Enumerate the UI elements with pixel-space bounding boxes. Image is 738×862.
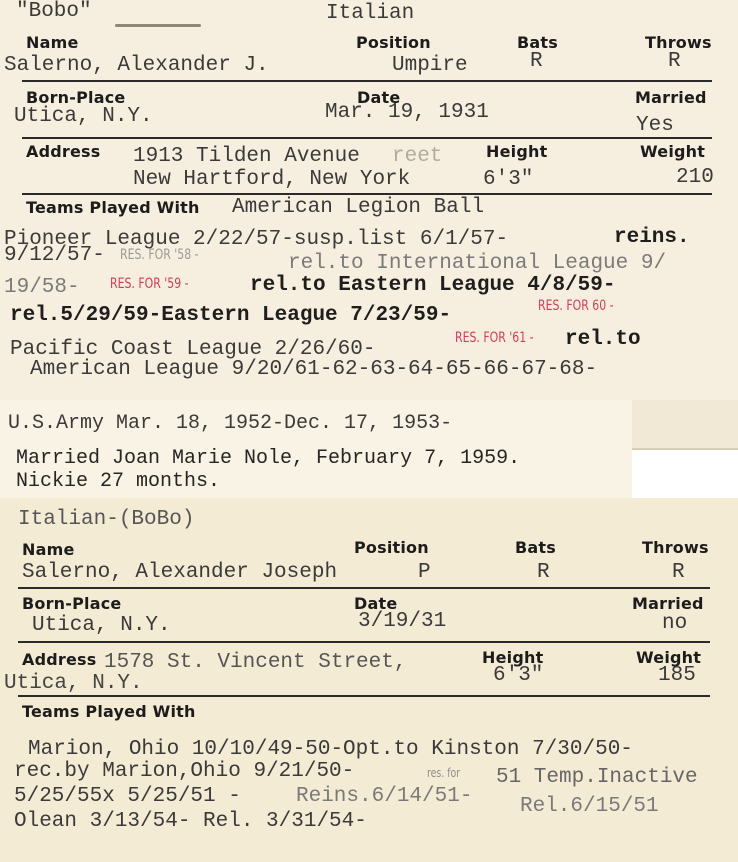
value-date: Mar. 19, 1931 [325, 101, 489, 124]
value-height: 6'3" [493, 664, 543, 687]
value-position: P [418, 561, 431, 584]
history-line: rec.by Marion,Ohio 9/21/50- [14, 760, 354, 783]
value-address-line1: 1913 Tilden Avenue [133, 145, 360, 168]
label-teams: Teams Played With [26, 198, 200, 217]
label-married: Married [635, 88, 707, 107]
divider [18, 641, 710, 643]
divider [22, 193, 712, 195]
teams-first: American Legion Ball [232, 196, 484, 219]
nationality-nickname: Italian-(BoBo) [18, 508, 194, 531]
value-weight: 185 [658, 664, 696, 687]
history-line: rel.to International League 9/ [288, 252, 666, 275]
value-height: 6'3" [483, 168, 533, 191]
value-address-line1: 1578 St. Vincent Street, [104, 651, 406, 674]
label-bats: Bats [515, 538, 556, 557]
nationality: Italian [326, 2, 414, 25]
divider [22, 137, 712, 139]
history-line: Rel.6/15/51 [520, 795, 659, 818]
history-line: 51 Temp.Inactive [496, 766, 698, 789]
stamp-reserved: RES. FOR '58 - [120, 247, 199, 263]
divider [22, 80, 712, 82]
label-married: Married [632, 594, 704, 613]
ghost-address-text: reet [392, 145, 442, 168]
stamp-reserved: RES. FOR 60 - [538, 298, 614, 314]
divider [18, 587, 710, 589]
label-born-place: Born-Place [22, 594, 121, 613]
label-position: Position [356, 33, 431, 52]
value-born-place: Utica, N.Y. [32, 614, 171, 637]
value-weight: 210 [676, 166, 714, 189]
value-bats: R [537, 561, 550, 584]
value-name: Salerno, Alexander Joseph [22, 561, 337, 584]
label-throws: Throws [642, 538, 709, 557]
stamp-reserved: RES. FOR '61 - [455, 330, 534, 346]
value-married: no [662, 612, 687, 635]
history-line: reins. [614, 226, 690, 249]
value-bats: R [530, 50, 543, 73]
label-name: Name [22, 540, 75, 559]
history-line: 9/12/57- [4, 244, 105, 267]
value-date: 3/19/31 [358, 610, 446, 633]
history-line: Olean 3/13/54- Rel. 3/31/54- [14, 810, 367, 833]
history-line: 19/58- [4, 276, 80, 299]
label-address: Address [22, 650, 96, 669]
label-height: Height [486, 142, 547, 161]
label-weight: Weight [640, 142, 705, 161]
value-name: Salerno, Alexander J. [4, 54, 269, 77]
nickname: "Bobo" [16, 0, 92, 23]
divider [18, 695, 710, 697]
label-address: Address [26, 142, 100, 161]
label-position: Position [354, 538, 429, 557]
value-married: Yes [636, 114, 674, 137]
value-throws: R [672, 561, 685, 584]
value-address-line2: New Hartford, New York [133, 168, 410, 191]
note-child: Nickie 27 months. [16, 470, 220, 493]
history-line: rel.5/29/59-Eastern League 7/23/59- [10, 304, 451, 327]
history-line: American League 9/20/61-62-63-64-65-66-6… [30, 358, 597, 381]
history-line: Marion, Ohio 10/10/49-50-Opt.to Kinston … [28, 738, 633, 761]
history-line-struck: 5/25/55x 5/25/51 - [14, 785, 241, 808]
stamp-reserved: res. for [427, 766, 460, 780]
history-line: rel.to Eastern League 4/8/59- [250, 274, 615, 297]
label-name: Name [26, 33, 79, 52]
value-throws: R [668, 50, 681, 73]
label-teams: Teams Played With [22, 702, 196, 721]
value-address-line2: Utica, N.Y. [4, 672, 143, 695]
note-marriage: Married Joan Marie Nole, February 7, 195… [16, 447, 520, 470]
erasure-mark [115, 24, 201, 27]
history-line: Reins.6/14/51- [296, 785, 472, 808]
value-born-place: Utica, N.Y. [14, 105, 153, 128]
value-position: Umpire [392, 54, 468, 77]
note-army: U.S.Army Mar. 18, 1952-Dec. 17, 1953- [8, 412, 452, 435]
stamp-reserved: RES. FOR '59 - [110, 276, 189, 292]
history-line: rel.to [565, 328, 641, 351]
